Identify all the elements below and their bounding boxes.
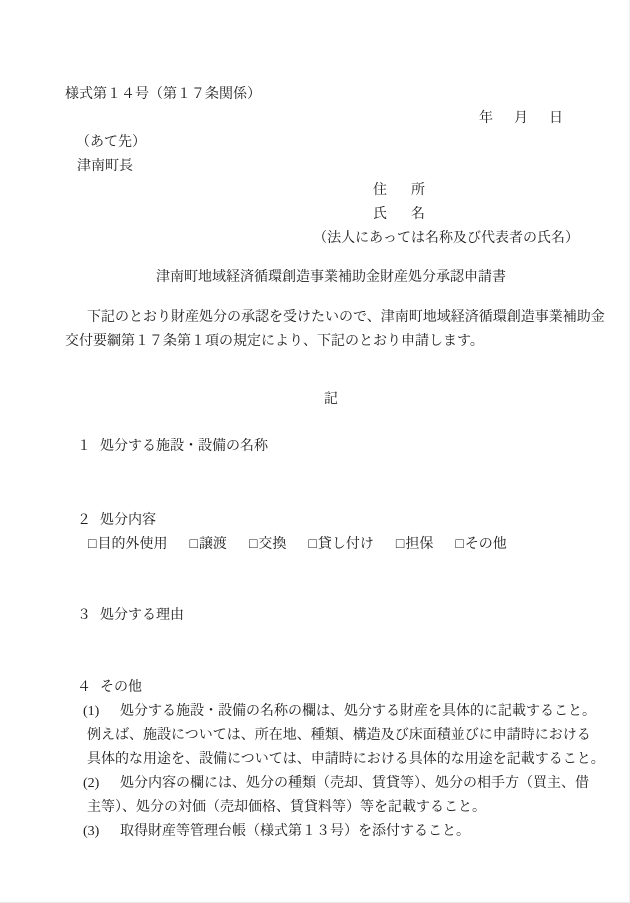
addressee-name: 津南町長: [77, 155, 597, 179]
checkbox-icon: □: [455, 537, 463, 552]
checkbox-label: 担保: [405, 537, 433, 552]
item-4-number: ４: [77, 676, 100, 700]
checkbox-icon: □: [88, 537, 96, 552]
checkbox-option-other: □その他: [455, 533, 506, 557]
checkbox-icon: □: [308, 537, 316, 552]
note-3-number: (3): [83, 820, 120, 844]
form-number: 様式第１４号（第１７条関係）: [65, 83, 597, 107]
disposal-type-checkbox-row: □目的外使用 □譲渡 □交換 □貸し付け □担保 □その他: [88, 533, 597, 557]
item-1-label: 処分する施設・設備の名称: [100, 439, 268, 454]
checkbox-label: 貸し付け: [318, 537, 374, 552]
note-3: (3)取得財産等管理台帳（様式第１３号）を添付すること。: [83, 820, 597, 844]
checkbox-label: 交換: [258, 537, 286, 552]
checkbox-label: その他: [465, 537, 507, 552]
checkbox-option-exchange: □交換: [249, 533, 286, 557]
checkbox-option-unintended-use: □目的外使用: [88, 533, 167, 557]
item-4: ４その他: [77, 676, 597, 700]
checkbox-option-collateral: □担保: [396, 533, 433, 557]
notes-list: (1)処分する施設・設備の名称の欄は、処分する財産を具体的に記載すること。 例え…: [65, 700, 597, 844]
note-2: (2)処分内容の欄には、処分の種類（売却、賃貸等）、処分の相手方（買主、借: [83, 772, 597, 796]
name-field-label: 氏 名: [373, 203, 597, 227]
note-1-continuation: 具体的な用途を、設備については、申請時における具体的な用途を記載すること。: [87, 748, 597, 772]
item-1: １処分する施設・設備の名称: [77, 435, 597, 459]
checkbox-option-lease: □貸し付け: [308, 533, 373, 557]
note-1-continuation: 例えば、施設については、所在地、種類、構造及び床面積並びに申請時における: [87, 724, 597, 748]
note-1: (1)処分する施設・設備の名称の欄は、処分する財産を具体的に記載すること。: [83, 700, 597, 724]
note-2-continuation: 主等）、処分の対価（売却価格、賃貸料等）等を記載すること。: [87, 796, 597, 820]
note-2-text: 処分内容の欄には、処分の種類（売却、賃貸等）、処分の相手方（買主、借: [120, 776, 589, 791]
checkbox-label: 譲渡: [199, 537, 227, 552]
date-day-label: 日: [549, 107, 563, 131]
item-1-number: １: [77, 435, 100, 459]
item-2: ２処分内容: [77, 509, 597, 533]
note-2-number: (2): [83, 772, 120, 796]
item-4-label: その他: [100, 680, 142, 695]
document-title: 津南町地域経済循環創造事業補助金財産処分承認申請書: [65, 266, 597, 290]
item-3-label: 処分する理由: [100, 608, 184, 623]
body-line: 下記のとおり財産処分の承認を受けたいので、津南町地域経済循環創造事業補助金: [65, 306, 597, 330]
note-1-text: 処分する施設・設備の名称の欄は、処分する財産を具体的に記載すること。: [120, 704, 596, 719]
item-2-label: 処分内容: [100, 513, 156, 528]
note-3-text: 取得財産等管理台帳（様式第１３号）を添付すること。: [120, 824, 470, 839]
date-year-label: 年: [479, 107, 493, 131]
date-month-label: 月: [514, 107, 528, 131]
checkbox-icon: □: [396, 537, 404, 552]
addressee-label: （あて先）: [76, 131, 597, 155]
checkbox-icon: □: [249, 537, 257, 552]
item-2-number: ２: [77, 509, 100, 533]
item-3-number: ３: [77, 604, 100, 628]
date-line: 年 月 日: [65, 107, 597, 131]
address-field-label: 住 所: [373, 179, 597, 203]
item-3: ３処分する理由: [77, 604, 597, 628]
checkbox-option-transfer: □譲渡: [189, 533, 226, 557]
checkbox-icon: □: [189, 537, 197, 552]
corporation-note: （法人にあっては名称及び代表者の氏名）: [65, 227, 597, 251]
checkbox-label: 目的外使用: [97, 537, 167, 552]
note-1-number: (1): [83, 700, 120, 724]
ki-marker: 記: [65, 388, 597, 412]
body-paragraph: 下記のとおり財産処分の承認を受けたいので、津南町地域経済循環創造事業補助金 交付…: [65, 306, 597, 354]
body-line: 交付要綱第１７条第１項の規定により、下記のとおり申請します。: [65, 330, 597, 354]
document-page: 様式第１４号（第１７条関係） 年 月 日 （あて先） 津南町長 住 所 氏 名 …: [0, 0, 630, 903]
